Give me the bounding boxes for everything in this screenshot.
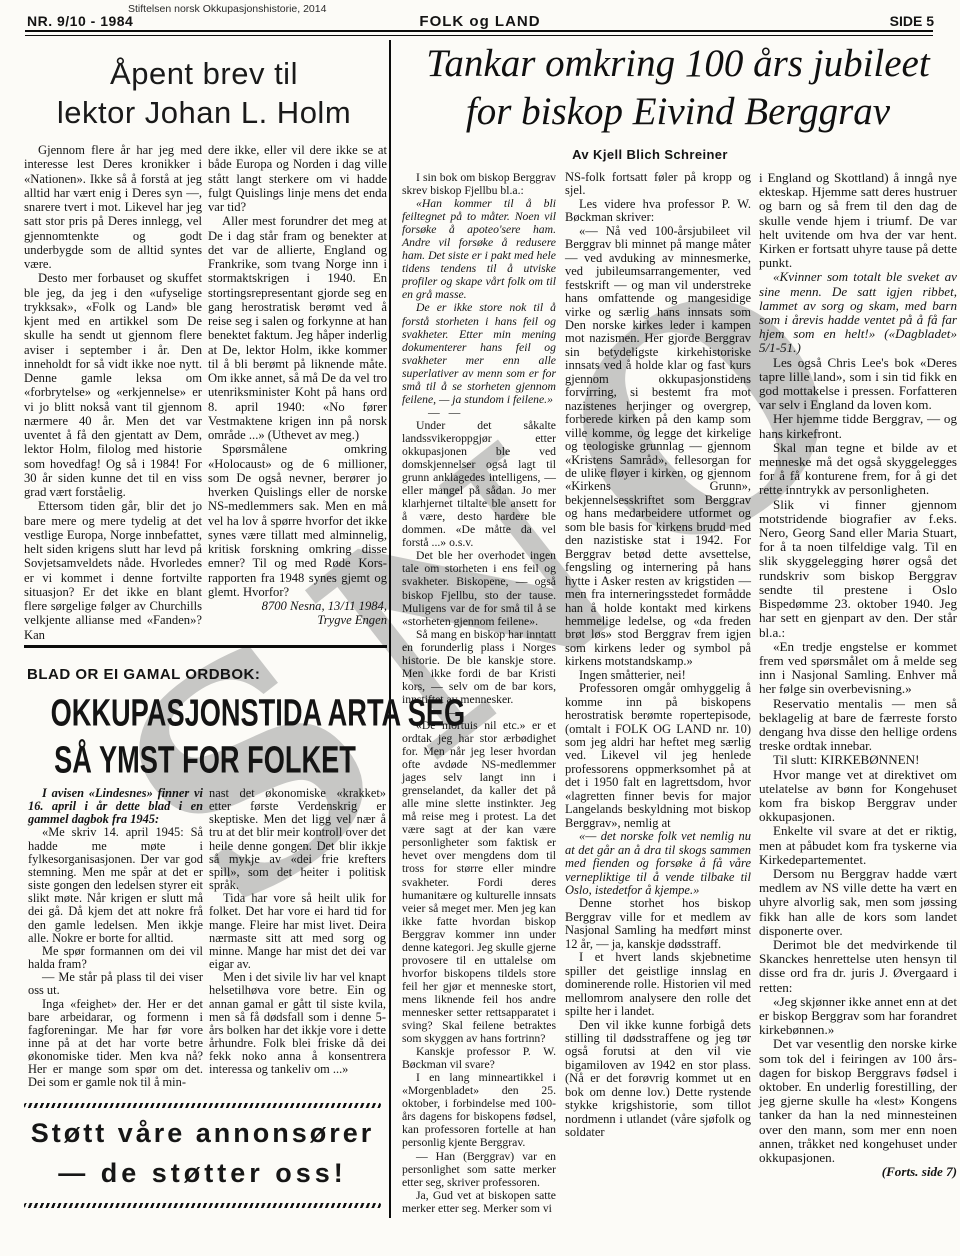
paragraph: — — [402, 706, 556, 719]
right-article-column-3: i England og Skottland) å inngå nye ekte… [759, 171, 957, 1179]
paragraph: «En tredje engstelse er kommet frem ved … [759, 640, 957, 697]
paragraph: Les videre hva professor P. W. Bøckman s… [565, 198, 751, 225]
paragraph: Gjennom flere år har jeg med interesse l… [24, 143, 202, 271]
paragraph: I en lang minneartikkel i «Morgenbladet»… [402, 1071, 556, 1149]
advertisers-banner: Støtt våre annonsører — de støtter oss! [24, 1118, 381, 1189]
left-headline-line2: lektor Johan L. Holm [57, 95, 351, 130]
paragraph: «De mortuis nil etc.» er et ordtak jeg h… [402, 719, 556, 1045]
paragraph: Her hjemme tidde Berggrav, — og hans kir… [759, 412, 957, 440]
masthead-rule [25, 30, 933, 36]
banner-line2: — de støtter oss! [24, 1158, 381, 1189]
paragraph: Den vil ikke kunne forbigå dets stilling… [565, 1019, 751, 1140]
left-article-headline: Åpent brev til lektor Johan L. Holm [22, 54, 386, 132]
paragraph: Ingen småtterier, nei! [565, 669, 751, 682]
paragraph: — — [402, 406, 556, 419]
left-article-column-1: Gjennom flere år har jeg med interesse l… [24, 143, 202, 642]
paragraph: De er ikke store nok til å forstå storhe… [402, 301, 556, 405]
paragraph: 8700 Nesna, 13/11 1984, [208, 599, 387, 613]
paragraph: — Me står på plass til dei viser oss ut. [28, 971, 203, 997]
paragraph: I et hvert lands skjebnetime spiller det… [565, 951, 751, 1018]
paragraph: Spørsmålene omkring «Holocaust» og de 6 … [208, 442, 387, 599]
paragraph: Men i det sivile liv har vel knapt helse… [209, 971, 386, 1076]
paragraph: Desto mer forbauset og skuffet ble jeg, … [24, 271, 202, 499]
right-headline-line1: Tankar omkring 100 års jubileet [426, 42, 929, 85]
paragraph: Me spør formannen om dei vil halda fram? [28, 945, 203, 971]
paragraph: Til slutt: KIRKEBØNNEN! [759, 753, 957, 767]
paragraph: NS-folk fortsatt føler på kropp og sjel. [565, 171, 751, 198]
banner-rope-bottom [24, 1203, 381, 1208]
paragraph: — Han (Berggrav) var en personlighet som… [402, 1150, 556, 1189]
paragraph: Det ble her overhodet ingen tale om stor… [402, 549, 556, 627]
ordbok-headline: OKKUPASJONSTIDA ARTA SEG SÅ YMST FOR FOL… [12, 690, 398, 784]
paragraph: Denne storhet hos biskop Berggrav ville … [565, 897, 751, 951]
banner-rope-top [24, 1103, 381, 1108]
paragraph: Enkelte vil svare at det er riktig, men … [759, 824, 957, 867]
paragraph: «— det norske folk vet nemlig nu at det … [565, 830, 751, 897]
ordbok-headline-line2: SÅ YMST FOR FOLKET [51, 734, 360, 787]
paragraph: Reservatio mentalis — men så beklagelig … [759, 697, 957, 754]
right-article-headline: Tankar omkring 100 års jubileet for bisk… [400, 40, 956, 136]
ordbok-column-1: I avisen «Lindesnes» finner vi 16. april… [28, 787, 203, 1090]
right-article-column-2: NS-folk fortsatt føler på kropp og sjel.… [565, 171, 751, 1140]
paragraph: I avisen «Lindesnes» finner vi 16. april… [28, 787, 203, 826]
paragraph: «Kvinner som totalt ble sveket av sine m… [759, 270, 957, 355]
paragraph: Dersom nu Berggrav hadde vært medlem av … [759, 867, 957, 938]
paragraph: Trygve Engen [208, 613, 387, 627]
column-divider-rule [389, 40, 391, 1218]
paragraph: nast det økonomiske «krakket» etter førs… [209, 787, 386, 892]
left-article-column-2: dere ikke, eller vil dere ikke se at båd… [208, 143, 387, 628]
paragraph: Inga «feighet» der. Her er det bare arbe… [28, 998, 203, 1090]
paragraph: Under det såkalte landssvikeroppgjør ett… [402, 419, 556, 549]
paragraph: Hvor mange vet at direktivet om utelatel… [759, 768, 957, 825]
ordbok-column-2: nast det økonomiske «krakket» etter førs… [209, 787, 386, 1076]
paragraph: Professoren omgår omhyggelig å komme inn… [565, 682, 751, 830]
paragraph: Ja, Gud vet at biskopen satte merker ett… [402, 1189, 556, 1215]
page-number: SIDE 5 [890, 13, 934, 29]
paragraph: i England og Skottland) å inngå nye ekte… [759, 171, 957, 270]
paragraph: dere ikke, eller vil dere ikke se at båd… [208, 143, 387, 214]
ordbok-kicker: BLAD OR EI GAMAL ORDBOK: [27, 666, 260, 683]
left-headline-line1: Åpent brev til [110, 56, 298, 91]
paragraph: (Forts. side 7) [759, 1165, 957, 1179]
paragraph: «Han kommer til å bli feiltegnet på to m… [402, 197, 556, 301]
paragraph: Kanskje professor P. W. Bøckman vil svar… [402, 1045, 556, 1071]
section-rule [24, 645, 387, 648]
paper-name: FOLK og LAND [0, 13, 960, 30]
right-article-byline: Av Kjell Blich Schreiner [400, 147, 900, 162]
paragraph: «— Nå ved 100-årsjubileet vil Berggrav b… [565, 225, 751, 669]
paragraph: Ettersom tiden går, blir det jo bare mer… [24, 499, 202, 642]
paragraph: Les også Chris Lee's bok «Deres tapre li… [759, 356, 957, 413]
page-content: Stiftelsen norsk Okkupasjonshistorie, 20… [0, 0, 960, 1256]
paragraph: Derimot ble det medvirkende til Skanckes… [759, 938, 957, 995]
paragraph: Slik vi finner gjennom motstridende biog… [759, 498, 957, 640]
paragraph: «Jeg skjønner ikke annet enn at det er b… [759, 995, 957, 1038]
paragraph: Så mang en biskop har inntatt en forunde… [402, 628, 556, 706]
right-headline-line2: for biskop Eivind Berggrav [466, 90, 890, 133]
paragraph: «Me skriv 14. april 1945: Så hadde me mø… [28, 826, 203, 944]
paragraph: Det var vesentlig den norske kirke som t… [759, 1037, 957, 1165]
paragraph: Skal man tegne et bilde av et menneske m… [759, 441, 957, 498]
paragraph: Aller mest forundrer det meg at De i dag… [208, 214, 387, 442]
newspaper-page: SNO Stiftelsen norsk Okkupasjonshistorie… [0, 0, 960, 1256]
ordbok-headline-line1: OKKUPASJONSTIDA ARTA SEG [51, 687, 360, 740]
banner-line1: Støtt våre annonsører [24, 1118, 381, 1149]
paragraph: I sin bok om biskop Berggrav skrev bisko… [402, 171, 556, 197]
paragraph: Tida har vore så heilt ulik for folket. … [209, 892, 386, 971]
right-article-column-1: I sin bok om biskop Berggrav skrev bisko… [402, 171, 556, 1215]
